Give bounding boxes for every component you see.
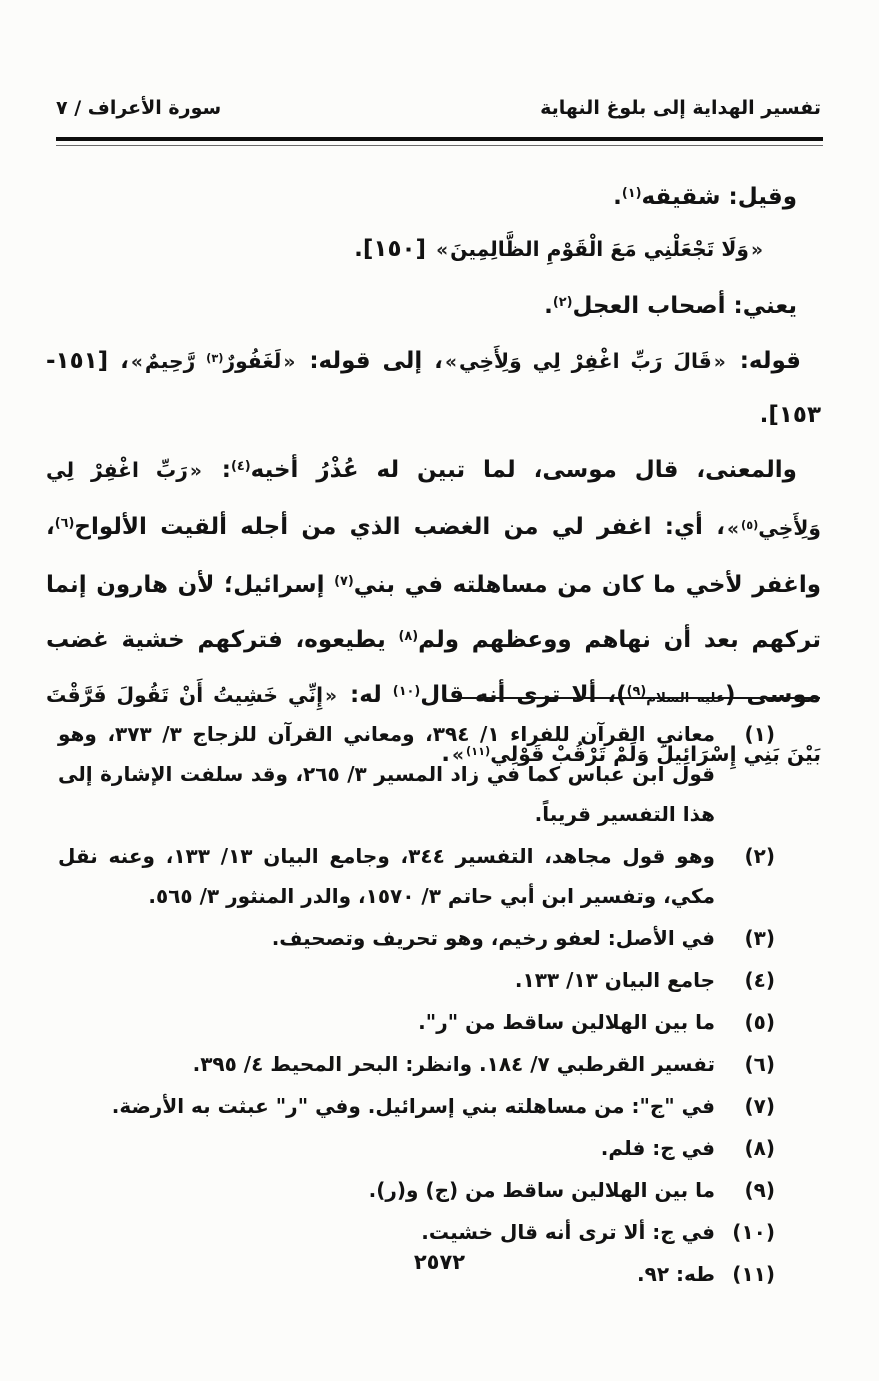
quran-open-bracket: « xyxy=(323,686,339,707)
footnote-item: (٥) ما بين الهلالين ساقط من "ر". xyxy=(58,1002,821,1042)
footnote-number: (١٠) xyxy=(727,1212,775,1252)
footnote-ref: (٥) xyxy=(741,517,758,531)
quran-open-bracket: « xyxy=(281,352,297,373)
footnote-text: ما بين الهلالين ساقط من "ر". xyxy=(58,1002,715,1042)
paragraph: قوله: «قَالَ رَبِّ اغْفِرْ لِي وَلِأَخِي… xyxy=(46,332,821,441)
footnote-text: وهو قول مجاهد، التفسير ٣٤٤، وجامع البيان… xyxy=(58,836,715,916)
quran-quote: «وَلَا تَجْعَلْنِي مَعَ الْقَوْمِ الظَّا… xyxy=(434,237,765,261)
footnote-number: (٤) xyxy=(727,960,775,1000)
footnote-text: في الأصل: لعفو رخيم، وهو تحريف وتصحيف. xyxy=(58,918,715,958)
footnote-text: في ج: ألا ترى أنه قال خشيت. xyxy=(58,1212,715,1252)
footnote-text: في ج: فلم. xyxy=(58,1128,715,1168)
quran-quote: «قَالَ رَبِّ اغْفِرْ لِي وَلِأَخِي» xyxy=(443,349,728,373)
quran-quote: «لَغَفُورٌ(٣) رَّحِيمٌ» xyxy=(129,349,298,373)
footnote-divider xyxy=(457,697,820,699)
footnote-ref: (١٠) xyxy=(393,684,421,699)
page-header: تفسير الهداية إلى بلوغ النهاية سورة الأع… xyxy=(56,97,821,119)
footnote-number: (٧) xyxy=(727,1086,775,1126)
running-title: تفسير الهداية إلى بلوغ النهاية xyxy=(540,97,821,119)
quran-open-bracket: « xyxy=(712,352,728,373)
header-rule xyxy=(56,137,823,146)
body-text: وقيل: شقيقه(١). «وَلَا تَجْعَلْنِي مَعَ … xyxy=(46,168,821,782)
paragraph: يعني: أصحاب العجل(٢). xyxy=(46,277,821,332)
footnote-item: (٣) في الأصل: لعفو رخيم، وهو تحريف وتصحي… xyxy=(58,918,821,958)
footnote-item: (٤) جامع البيان ١٣/ ١٣٣. xyxy=(58,960,821,1000)
footnote-ref: (٦) xyxy=(55,517,75,532)
quran-quote: «رَبِّ اغْفِرْ لِي وَلِأَخِي(٥)» xyxy=(46,458,821,539)
footnote-number: (٨) xyxy=(727,1128,775,1168)
footnote-item: (٩) ما بين الهلالين ساقط من (ج) و(ر). xyxy=(58,1170,821,1210)
footnotes-section: (١) معاني القرآن للفراء ١/ ٣٩٤، ومعاني ا… xyxy=(58,714,821,1296)
footnote-text: ما بين الهلالين ساقط من (ج) و(ر). xyxy=(58,1170,715,1210)
footnote-number: (٣) xyxy=(727,918,775,958)
surah-title: سورة الأعراف / ٧ xyxy=(56,97,221,119)
footnote-text: معاني القرآن للفراء ١/ ٣٩٤، ومعاني القرآ… xyxy=(58,714,715,834)
paragraph: وقيل: شقيقه(١). xyxy=(46,168,821,223)
footnote-item: (١) معاني القرآن للفراء ١/ ٣٩٤، ومعاني ا… xyxy=(58,714,821,834)
footnote-item: (١٠) في ج: ألا ترى أنه قال خشيت. xyxy=(58,1212,821,1252)
footnote-item: (٢) وهو قول مجاهد، التفسير ٣٤٤، وجامع ال… xyxy=(58,836,821,916)
footnote-number: (٢) xyxy=(727,836,775,916)
footnote-number: (١) xyxy=(727,714,775,834)
page-number: ٢٥٧٢ xyxy=(0,1250,879,1274)
footnote-number: (٦) xyxy=(727,1044,775,1084)
footnote-item: (٦) تفسير القرطبي ٧/ ١٨٤. وانظر: البحر ا… xyxy=(58,1044,821,1084)
footnote-text: تفسير القرطبي ٧/ ١٨٤. وانظر: البحر المحي… xyxy=(58,1044,715,1084)
footnote-item: (٧) في "ج": من مساهلته بني إسرائيل. وفي … xyxy=(58,1086,821,1126)
footnote-item: (٨) في ج: فلم. xyxy=(58,1128,821,1168)
footnote-ref: (٧) xyxy=(334,574,354,589)
quran-close-bracket: » xyxy=(443,352,459,373)
footnote-ref: (٤) xyxy=(231,459,251,474)
quran-open-bracket: « xyxy=(188,461,204,482)
footnote-ref: (١) xyxy=(622,186,642,201)
footnote-number: (٥) xyxy=(727,1002,775,1042)
quran-open-bracket: « xyxy=(749,240,765,261)
quran-verse-line: «وَلَا تَجْعَلْنِي مَعَ الْقَوْمِ الظَّا… xyxy=(46,223,821,277)
footnote-number: (٩) xyxy=(727,1170,775,1210)
book-page: تفسير الهداية إلى بلوغ النهاية سورة الأع… xyxy=(0,0,879,1381)
footnote-ref: (٣) xyxy=(206,351,223,365)
quran-close-bracket: » xyxy=(434,240,450,261)
footnote-ref: (٢) xyxy=(553,295,573,310)
footnote-text: في "ج": من مساهلته بني إسرائيل. وفي "ر" … xyxy=(58,1086,715,1126)
footnote-text: جامع البيان ١٣/ ١٣٣. xyxy=(58,960,715,1000)
quran-close-bracket: » xyxy=(129,352,145,373)
footnote-ref: (٨) xyxy=(398,629,418,644)
quran-close-bracket: » xyxy=(725,519,741,540)
